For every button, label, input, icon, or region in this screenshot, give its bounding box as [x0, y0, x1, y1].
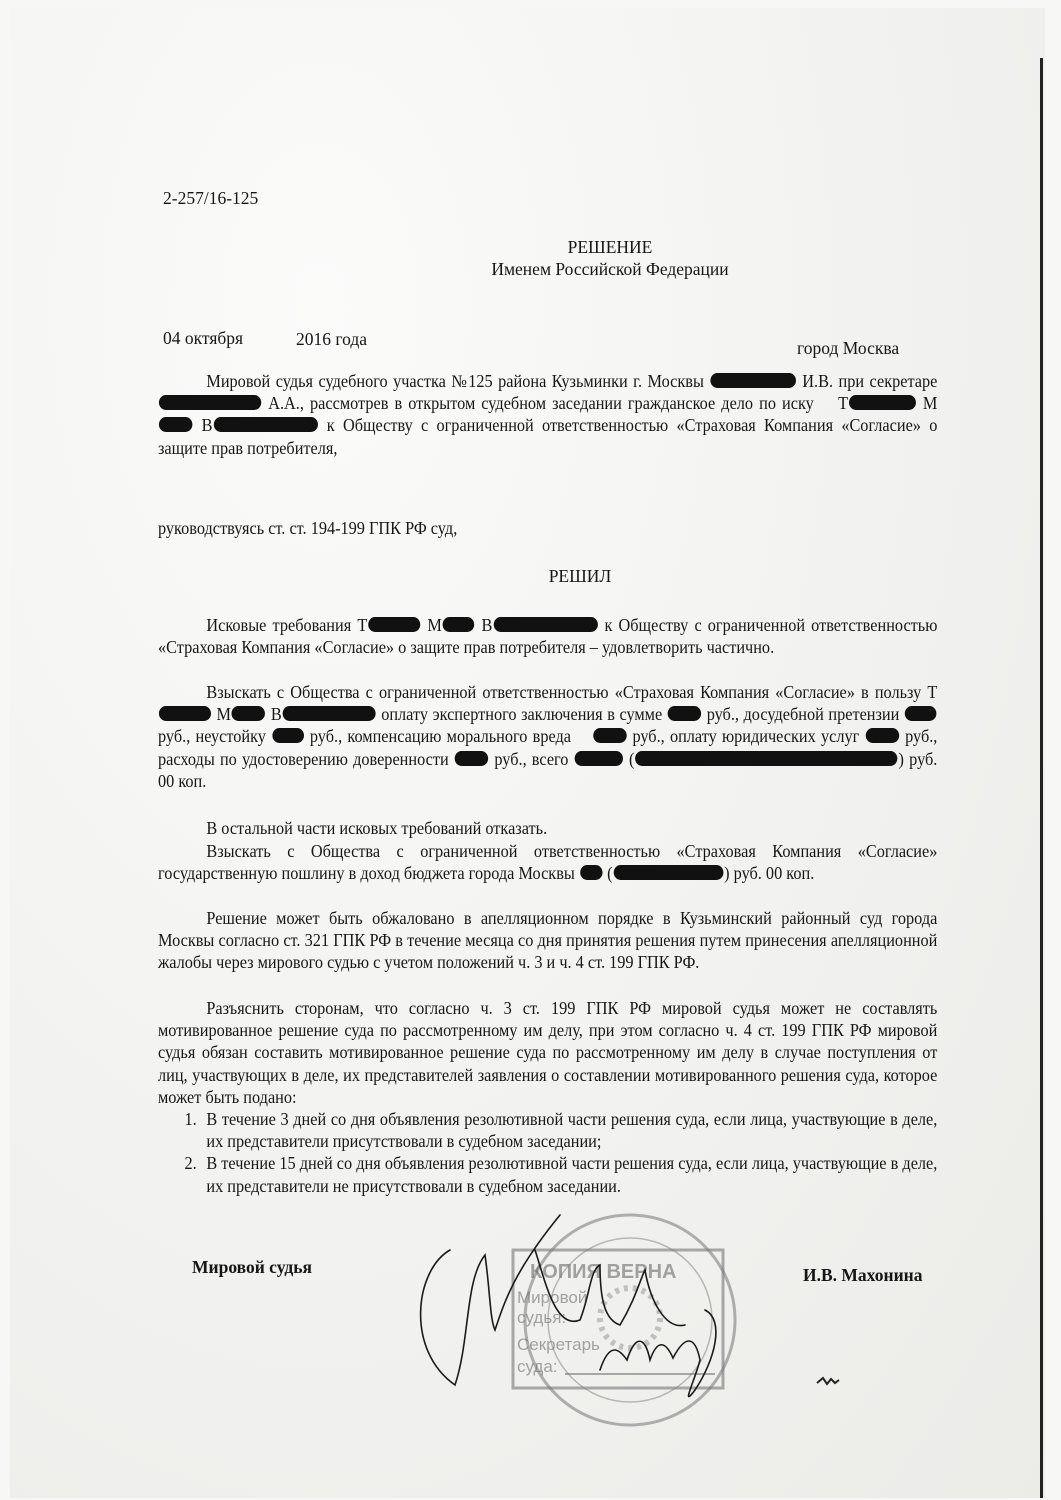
plaintiff-initial: В	[271, 704, 282, 724]
svg-text:КОПИЯ ВЕРНА: КОПИЯ ВЕРНА	[530, 1261, 676, 1283]
redacted-duty-amount	[580, 865, 602, 880]
seal-and-signature: КОПИЯ ВЕРНА Мировой судья: Секретарь суд…	[395, 1210, 755, 1440]
plaintiff-initial: Т	[838, 393, 848, 413]
plaintiff-initial: Т	[927, 682, 937, 702]
intro-paragraph: Мировой судья судебного участка №125 рай…	[158, 370, 937, 459]
paragraph-text: Взыскать с Общества с ограниченной ответ…	[206, 682, 921, 702]
intro-text: при секретаре	[839, 371, 938, 391]
case-number: 2-257/16-125	[163, 187, 258, 209]
plaintiff-initial: М	[217, 704, 231, 724]
paragraph-text: (	[629, 749, 634, 769]
paragraph-text: Решение может быть обжаловано в апелляци…	[158, 908, 937, 972]
guided-by-line: руководствуясь ст. ст. 194-199 ГПК РФ су…	[158, 517, 937, 539]
redacted-amount-total-words	[635, 751, 897, 766]
paragraph-text: В остальной части исковых требований отк…	[206, 818, 547, 838]
decision-date-year: 2016 года	[296, 328, 367, 350]
paragraph-text: ) руб. 00 коп.	[724, 863, 814, 883]
redacted-plaintiff-surname	[159, 706, 211, 721]
paragraph-text: (	[607, 863, 612, 883]
redacted-amount-legal	[865, 728, 898, 743]
document-subtitle: Именем Российской Федерации	[380, 258, 840, 280]
list-item: В течение 15 дней со дня объявления резо…	[201, 1152, 938, 1196]
paragraph-text: Исковые требования	[206, 615, 351, 635]
redacted-amount-expert	[668, 706, 701, 721]
intro-text: по иску	[759, 393, 814, 413]
intro-text: Мировой судья судебного участка №125 рай…	[206, 371, 704, 391]
plaintiff-initial: В	[481, 615, 492, 635]
document-title: РЕШЕНИЕ	[380, 236, 840, 258]
paragraph-text: руб., неустойку	[158, 726, 266, 746]
copy-certified-stamp: КОПИЯ ВЕРНА Мировой судья: Секретарь суд…	[513, 1250, 723, 1388]
intro-text: А.А., рассмотрев в открытом судебном зас…	[268, 393, 753, 413]
svg-text:суда:: суда:	[517, 1357, 558, 1376]
decision-date-day-month: 04 октября	[163, 327, 243, 349]
redacted-amount-pretrial	[905, 706, 937, 721]
page-edge-shadow	[1040, 58, 1043, 1498]
paragraph-text: руб., компенсацию морального вреда	[310, 726, 571, 746]
decision-city: город Москва	[797, 337, 899, 359]
plaintiff-initial: В	[202, 415, 213, 435]
redacted-secretary-surname	[159, 395, 261, 410]
decided-heading: РЕШИЛ	[480, 565, 680, 587]
guided-by-text: руководствуясь ст. ст. 194-199 ГПК РФ су…	[158, 518, 457, 538]
paragraph-rest-denied: В остальной части исковых требований отк…	[158, 817, 937, 839]
signature-name: И.В. Махонина	[803, 1264, 923, 1286]
redacted-amount-penalty	[272, 728, 304, 743]
redacted-plaintiff-name	[159, 417, 192, 432]
signature-role: Мировой судья	[192, 1256, 312, 1278]
paragraph-text: Взыскать с Общества с ограниченной ответ…	[158, 841, 937, 883]
redacted-plaintiff-surname	[368, 617, 420, 632]
svg-text:Секретарь: Секретарь	[517, 1335, 600, 1354]
svg-text:Мировой: Мировой	[517, 1288, 587, 1307]
redacted-amount-total	[575, 751, 623, 766]
paragraph-text: руб., досудебной претензии	[707, 704, 900, 724]
paragraph-text: руб., оплату юридических услуг	[632, 726, 859, 746]
redacted-plaintiff-name	[443, 617, 475, 632]
redacted-judge-surname	[710, 373, 796, 388]
intro-text: к Обществу с ограниченной ответственност…	[327, 415, 668, 435]
intro-text: И.В.	[802, 371, 833, 391]
paragraph-claims-satisfied: Исковые требования Т М В к Обществу с ог…	[158, 614, 937, 658]
redacted-plaintiff-patronymic	[213, 417, 317, 432]
paragraph-recover-amounts: Взыскать с Общества с ограниченной ответ…	[158, 681, 937, 792]
paragraph-text: оплату экспертного заключения в сумме	[381, 704, 662, 724]
paragraph-state-duty: Взыскать с Общества с ограниченной ответ…	[158, 840, 937, 884]
redacted-plaintiff-name	[232, 706, 265, 721]
ink-smudge-icon	[815, 1375, 841, 1387]
plaintiff-initial: М	[923, 393, 937, 413]
paragraph-text: Разъяснить сторонам, что согласно ч. 3 с…	[158, 998, 937, 1107]
list-item: В течение 3 дней со дня объявления резол…	[201, 1108, 938, 1152]
filing-deadlines-list: В течение 3 дней со дня объявления резол…	[158, 1108, 937, 1197]
plaintiff-initial: М	[427, 615, 441, 635]
redacted-plaintiff-patronymic	[283, 706, 376, 721]
redacted-plaintiff-surname	[849, 395, 916, 410]
redacted-plaintiff-patronymic	[493, 617, 597, 632]
paragraph-text: руб., всего	[494, 749, 568, 769]
plaintiff-initial: Т	[357, 615, 367, 635]
paragraph-appeal: Решение может быть обжаловано в апелляци…	[158, 907, 937, 974]
paragraph-explanation: Разъяснить сторонам, что согласно ч. 3 с…	[158, 997, 937, 1197]
redacted-amount-moral	[593, 728, 626, 743]
redacted-duty-amount-words	[614, 865, 724, 880]
redacted-amount-notary	[455, 751, 488, 766]
